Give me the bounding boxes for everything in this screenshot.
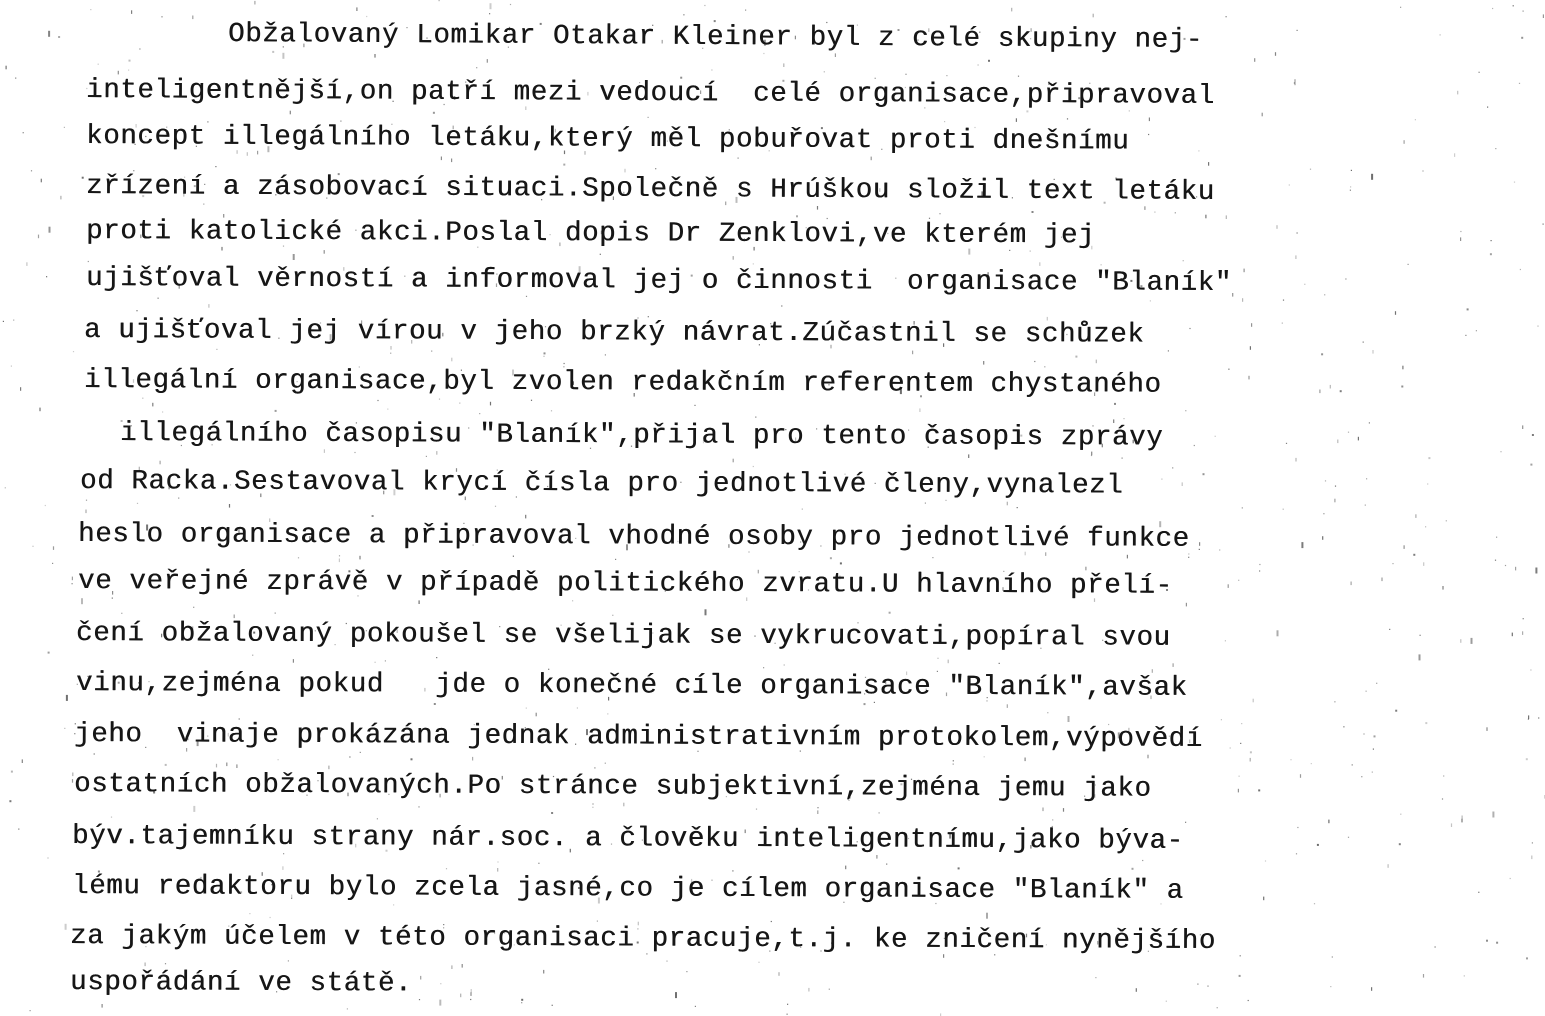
text-line: býv.tajemníku strany nár.soc. a člověku … bbox=[72, 820, 1184, 859]
text-line: Obžalovaný Lomikar Otakar Kleiner byl z … bbox=[228, 18, 1203, 58]
text-line: uspořádání ve státě. bbox=[70, 966, 412, 1001]
text-line: proti katolické akci.Poslal dopis Dr Zen… bbox=[86, 215, 1095, 253]
text-line: koncept illegálního letáku,který měl pob… bbox=[86, 120, 1129, 159]
text-line: vinu,zejména pokud jde o konečné cíle or… bbox=[76, 667, 1188, 706]
text-line: illegálního časopisu "Blaník",přijal pro… bbox=[120, 417, 1163, 456]
text-line: čení obžalovaný pokoušel se všelijak se … bbox=[76, 617, 1171, 656]
text-line: inteligentnější,on patří mezi vedoucí ce… bbox=[86, 74, 1215, 114]
text-line: ve veřejné zprávě v případě politického … bbox=[78, 565, 1173, 604]
text-line: illegální organisace,byl zvolen redakční… bbox=[84, 364, 1162, 403]
scanned-document-page: Obžalovaný Lomikar Otakar Kleiner byl z … bbox=[0, 0, 1545, 1016]
text-line: od Racka.Sestavoval krycí čísla pro jedn… bbox=[80, 465, 1123, 504]
text-line: lému redaktoru bylo zcela jasné,co je cí… bbox=[72, 870, 1184, 909]
text-line: zřízení a zásobovací situaci.Společně s … bbox=[86, 170, 1215, 210]
text-line: ostatních obžalovaných.Po stránce subjek… bbox=[74, 768, 1152, 807]
text-line: jeho vinaje prokázána jednak administrat… bbox=[74, 718, 1203, 757]
text-line: heslo organisace a připravoval vhodné os… bbox=[78, 518, 1190, 557]
text-line: za jakým účelem v této organisaci pracuj… bbox=[70, 920, 1216, 959]
text-line: a ujišťoval jej vírou v jeho brzký návra… bbox=[84, 314, 1145, 353]
text-line: ujišťoval věrností a informoval jej o či… bbox=[86, 262, 1232, 301]
